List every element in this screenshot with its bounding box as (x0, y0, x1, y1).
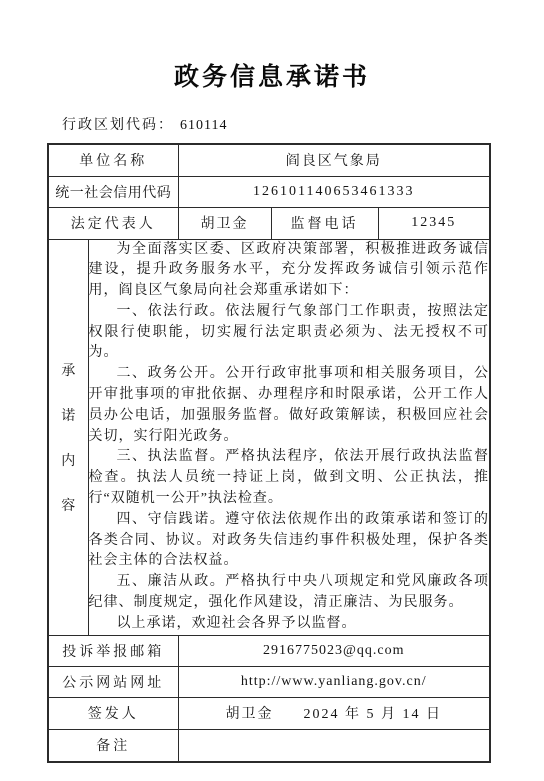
region-code-value: 610114 (180, 118, 227, 133)
row-credit-code: 统一社会信用代码 126101140653461333 (48, 176, 490, 207)
commitment-form-table: 单位名称 阎良区气象局 统一社会信用代码 126101140653461333 … (47, 143, 491, 763)
commitment-paragraph: 二、政务公开。公开行政审批事项和相关服务项目，公开审批事项的审批依据、办理程序和… (89, 364, 490, 447)
complaint-email-value: 2916775023@qq.com (178, 635, 490, 666)
supervise-phone-label: 监督电话 (271, 207, 378, 239)
region-code-label: 行政区划代码： (62, 118, 174, 133)
commitment-paragraph: 为全面落实区委、区政府决策部署，积极推进政务诚信建设，提升政务服务水平，充分发挥… (89, 240, 490, 302)
website-value: http://www.yanliang.gov.cn/ (178, 666, 490, 697)
commitment-label-char: 内 (61, 450, 75, 470)
credit-code-label: 统一社会信用代码 (48, 176, 178, 207)
unit-name-value: 阎良区气象局 (178, 144, 490, 176)
credit-code-value: 126101140653461333 (178, 176, 490, 207)
commitment-paragraph: 三、执法监督。严格执法程序，依法开展行政执法监督检查。执法人员统一持证上岗，做到… (89, 447, 490, 509)
remarks-label: 备注 (48, 729, 178, 762)
commitment-label: 承 诺 内 容 (48, 239, 88, 635)
row-website: 公示网站网址 http://www.yanliang.gov.cn/ (48, 666, 490, 697)
page-title: 政务信息承诺书 (0, 0, 544, 93)
region-code-line: 行政区划代码：610114 (62, 114, 544, 134)
issuer-value: 胡卫金 2024 年 5 月 14 日 (178, 697, 490, 729)
issuer-name: 胡卫金 (226, 703, 274, 723)
complaint-email-label: 投诉举报邮箱 (48, 635, 178, 666)
commitment-paragraph: 五、廉洁从政。严格执行中央八项规定和党风廉政各项纪律、制度规定，强化作风建设，清… (89, 572, 490, 614)
website-label: 公示网站网址 (48, 666, 178, 697)
issuer-label: 签发人 (48, 697, 178, 729)
commitment-label-char: 容 (61, 495, 75, 515)
commitment-label-char: 承 (61, 360, 75, 380)
commitment-paragraph: 四、守信践诺。遵守依法依规作出的政策承诺和签订的各类合同、协议。对政务失信违约事… (89, 510, 490, 572)
issuer-date: 2024 年 5 月 14 日 (304, 703, 443, 723)
commitment-paragraph: 一、依法行政。依法履行气象部门工作职责，按照法定权限行使职能，切实履行法定职责必… (89, 302, 490, 364)
legal-rep-label: 法定代表人 (48, 207, 178, 239)
row-commitment: 承 诺 内 容 为全面落实区委、区政府决策部署，积极推进政务诚信建设，提升政务服… (48, 239, 490, 635)
row-legal-rep: 法定代表人 胡卫金 监督电话 12345 (48, 207, 490, 239)
commitment-paragraph: 以上承诺，欢迎社会各界予以监督。 (89, 614, 490, 635)
remarks-value (178, 729, 490, 762)
supervise-phone-value: 12345 (378, 207, 490, 239)
row-remarks: 备注 (48, 729, 490, 762)
unit-name-label: 单位名称 (48, 144, 178, 176)
row-issuer: 签发人 胡卫金 2024 年 5 月 14 日 (48, 697, 490, 729)
commitment-label-char: 诺 (61, 405, 75, 425)
commitment-content: 为全面落实区委、区政府决策部署，积极推进政务诚信建设，提升政务服务水平，充分发挥… (88, 239, 490, 635)
row-unit-name: 单位名称 阎良区气象局 (48, 144, 490, 176)
legal-rep-value: 胡卫金 (178, 207, 271, 239)
row-complaint-email: 投诉举报邮箱 2916775023@qq.com (48, 635, 490, 666)
